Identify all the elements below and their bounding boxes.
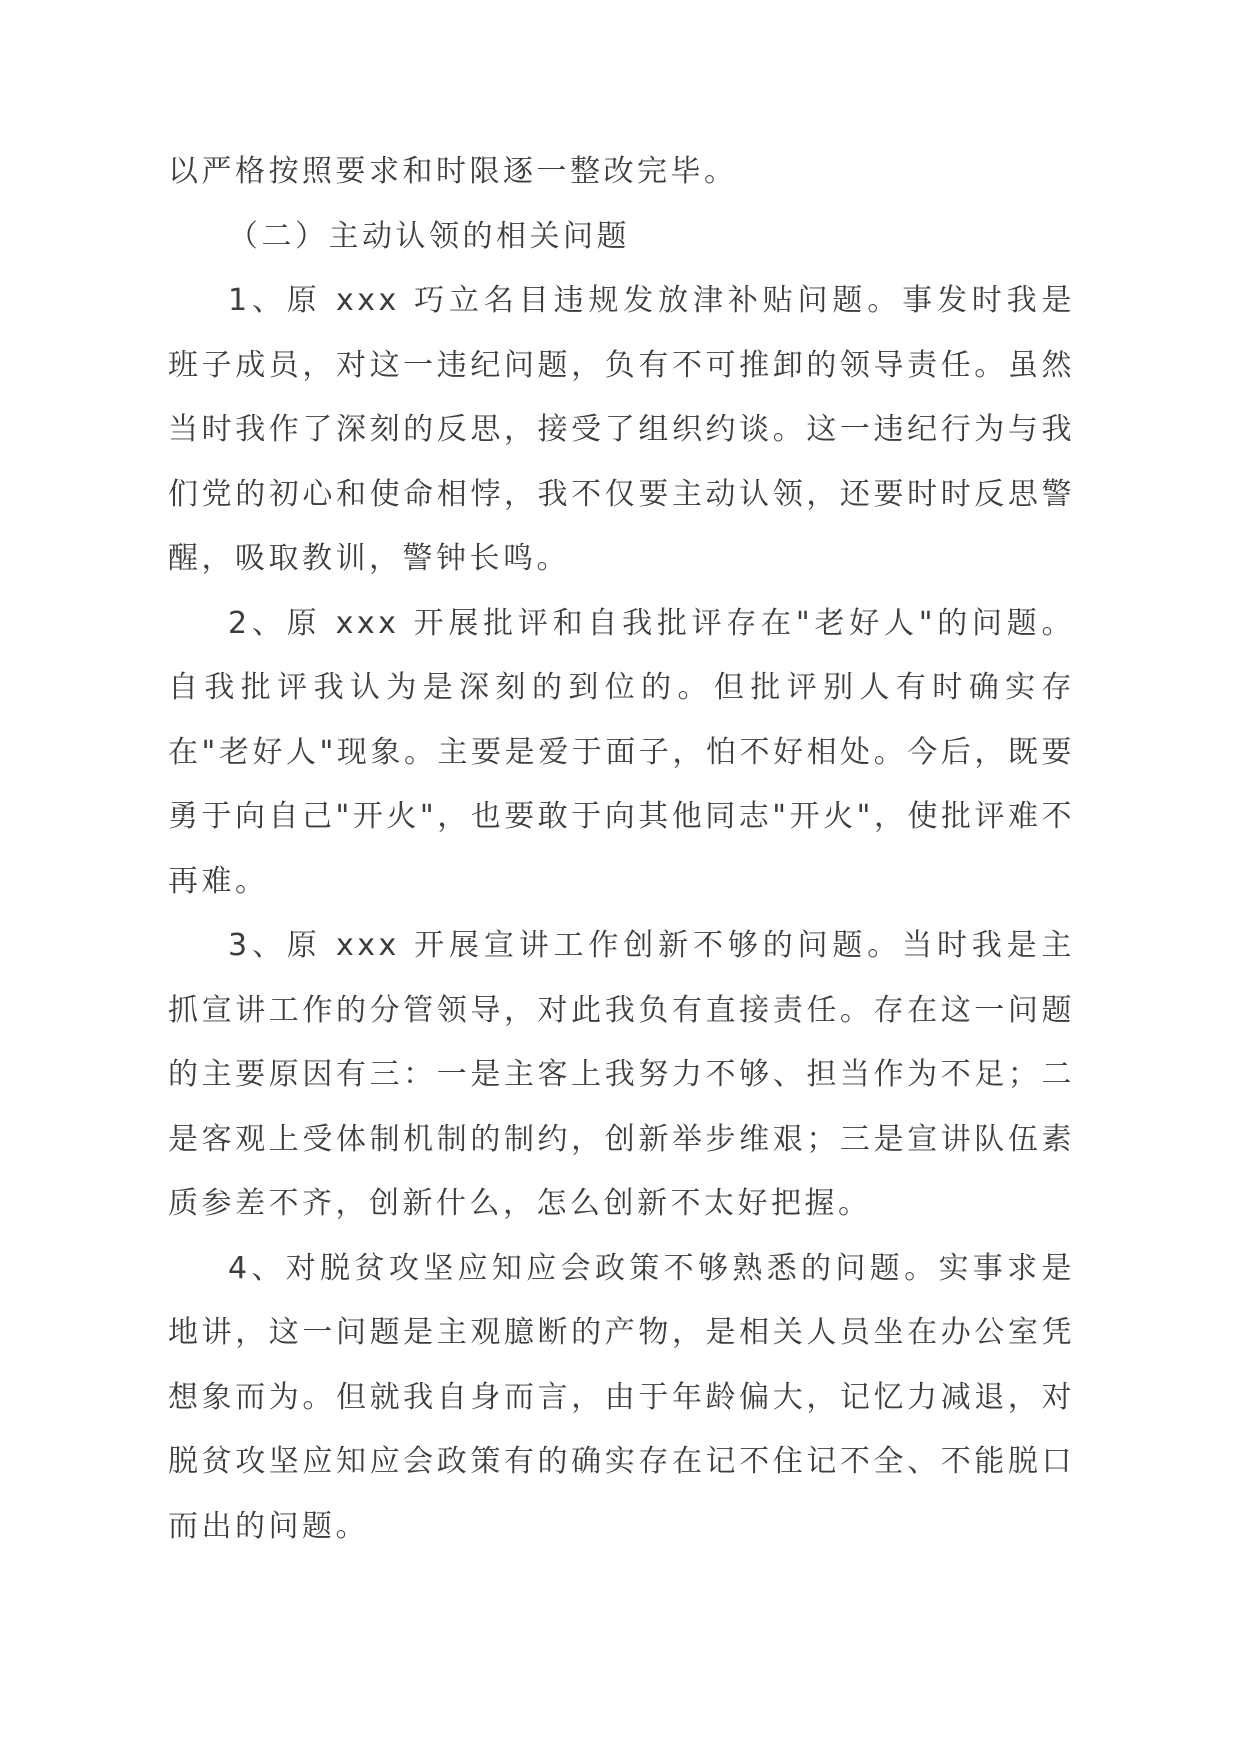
paragraph-item-1: 1、原 xxx 巧立名目违规发放津补贴问题。事发时我是班子成员，对这一违纪问题，…	[168, 269, 1075, 592]
document-body: 以严格按照要求和时限逐一整改完毕。 （二）主动认领的相关问题 1、原 xxx 巧…	[0, 0, 1241, 1559]
section-heading: （二）主动认领的相关问题	[168, 205, 1075, 270]
paragraph-continuation: 以严格按照要求和时限逐一整改完毕。	[168, 140, 1075, 205]
document-page: 以严格按照要求和时限逐一整改完毕。 （二）主动认领的相关问题 1、原 xxx 巧…	[0, 0, 1241, 1755]
paragraph-item-2: 2、原 xxx 开展批评和自我批评存在"老好人"的问题。自我批评我认为是深刻的到…	[168, 592, 1075, 915]
paragraph-item-3: 3、原 xxx 开展宣讲工作创新不够的问题。当时我是主抓宣讲工作的分管领导，对此…	[168, 914, 1075, 1237]
paragraph-item-4: 4、对脱贫攻坚应知应会政策不够熟悉的问题。实事求是地讲，这一问题是主观臆断的产物…	[168, 1237, 1075, 1560]
